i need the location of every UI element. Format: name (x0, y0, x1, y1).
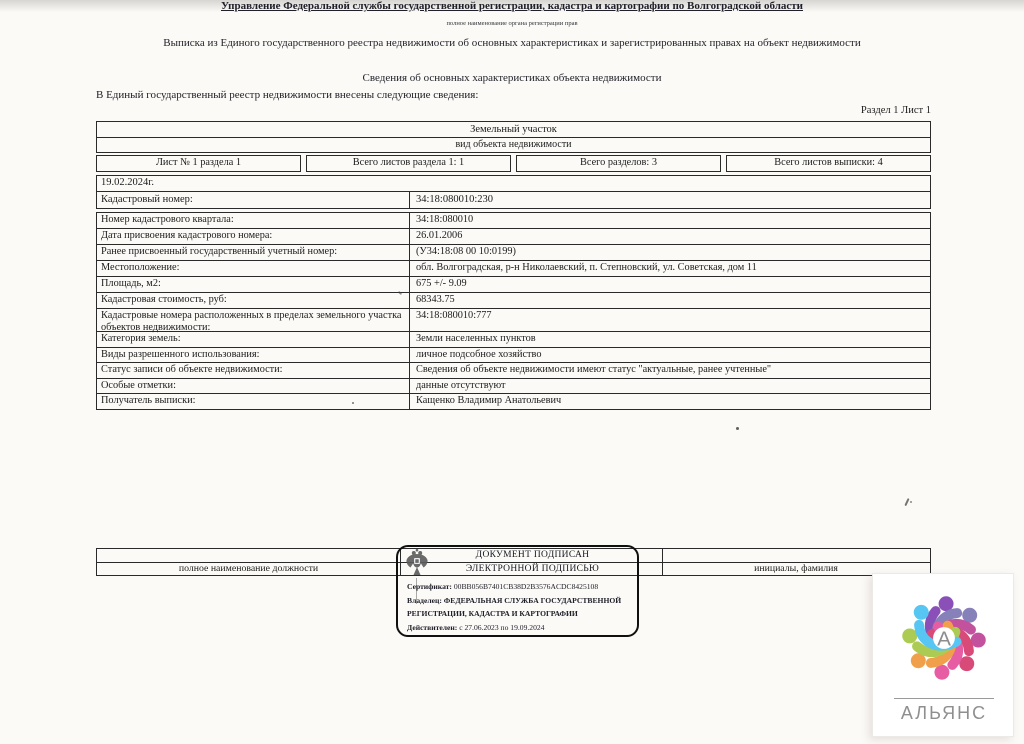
intro-text: В Единый государственный реестр недвижим… (96, 89, 478, 101)
authority-caption: полное наименование органа регистрации п… (0, 20, 1024, 27)
row-value: 34:18:080010:777 (410, 309, 930, 331)
alliance-underline (894, 698, 994, 699)
detail-row: Местоположение: обл. Волгоградская, р-н … (97, 261, 930, 277)
row-value: 26.01.2006 (410, 229, 930, 244)
alliance-center-letter: А (937, 627, 951, 650)
certificate-label: Сертификат: (407, 582, 452, 591)
scan-speck (904, 498, 909, 506)
alliance-brand-name: АЛЬЯНС (873, 703, 1015, 724)
stamp-certificate: Сертификат: 00BB056B7401CB38D2B3576ACDC8… (407, 580, 631, 594)
row-value: 675 +/- 9.09 (410, 277, 930, 292)
detail-row: Кадастровые номера расположенных в преде… (97, 309, 930, 332)
row-label: Категория земель: (97, 332, 410, 347)
row-value: обл. Волгоградская, р-н Николаевский, п.… (410, 261, 930, 276)
row-label: Дата присвоения кадастрового номера: (97, 229, 410, 244)
sheet-info-cell: Всего листов выписки: 4 (726, 155, 931, 172)
detail-row: Статус записи об объекте недвижимости: С… (97, 363, 930, 379)
detail-row: Виды разрешенного использования: личное … (97, 348, 930, 363)
scan-speck (736, 427, 739, 430)
object-kind: Земельный участок (97, 122, 930, 138)
row-label: Получатель выписки: (97, 394, 410, 409)
object-kind-caption: вид объекта недвижимости (97, 138, 930, 152)
row-label: Кадастровый номер: (97, 192, 410, 208)
detail-row: Номер кадастрового квартала: 34:18:08001… (97, 213, 930, 229)
object-kind-table: Земельный участок вид объекта недвижимос… (96, 121, 931, 153)
detail-row: Особые отметки: данные отсутствуют (97, 379, 930, 394)
section-sheet-label: Раздел 1 Лист 1 (731, 105, 931, 116)
row-label: Особые отметки: (97, 379, 410, 393)
date-cadastral-table: 19.02.2024г. Кадастровый номер: 34:18:08… (96, 175, 931, 209)
alliance-emblem-icon: А (890, 584, 998, 697)
validity-value: с 27.06.2023 по 19.09.2024 (459, 623, 544, 632)
row-value: Земли населенных пунктов (410, 332, 930, 347)
row-value: 68343.75 (410, 293, 930, 308)
stamp-owner: Владелец: ФЕДЕРАЛЬНАЯ СЛУЖБА ГОСУДАРСТВЕ… (407, 594, 631, 621)
detail-row: Категория земель: Земли населенных пункт… (97, 332, 930, 348)
row-label: Кадастровые номера расположенных в преде… (97, 309, 410, 331)
scan-speck (352, 402, 354, 404)
extract-date: 19.02.2024г. (97, 176, 930, 192)
row-value: Сведения об объекте недвижимости имеют с… (410, 363, 930, 378)
section-heading: Сведения об основных характеристиках объ… (0, 72, 1024, 84)
row-label: Виды разрешенного использования: (97, 348, 410, 362)
coat-of-arms-eagle-icon (405, 548, 429, 583)
row-value: Кащенко Владимир Анатольевич (410, 394, 930, 409)
details-table: Номер кадастрового квартала: 34:18:08001… (96, 212, 931, 410)
detail-row: Площадь, м2: 675 +/- 9.09 (97, 277, 930, 293)
stamp-line-2: ЭЛЕКТРОННОЙ ПОДПИСЬЮ (432, 564, 633, 574)
row-value: личное подсобное хозяйство (410, 348, 930, 362)
row-label: Статус записи об объекте недвижимости: (97, 363, 410, 378)
row-value: данные отсутствуют (410, 379, 930, 393)
detail-row: Ранее присвоенный государственный учетны… (97, 245, 930, 261)
row-value: 34:18:080010 (410, 213, 930, 228)
row-value: (У34:18:08 00 10:0199) (410, 245, 930, 260)
cadastral-number-row: Кадастровый номер: 34:18:080010:230 (97, 192, 930, 208)
detail-row: Дата присвоения кадастрового номера: 26.… (97, 229, 930, 245)
scan-speck (910, 501, 912, 503)
row-label: Ранее присвоенный государственный учетны… (97, 245, 410, 260)
row-label: Кадастровая стоимость, руб: (97, 293, 410, 308)
stamp-validity: Действителен: с 27.06.2023 по 19.09.2024 (407, 621, 631, 635)
detail-row: Кадастровая стоимость, руб: 68343.75 (97, 293, 930, 309)
validity-label: Действителен: (407, 623, 457, 632)
detail-row: Получатель выписки: Кащенко Владимир Ана… (97, 394, 930, 409)
document-title: Выписка из Единого государственного реес… (70, 37, 954, 49)
e-signature-stamp: ДОКУМЕНТ ПОДПИСАН ЭЛЕКТРОННОЙ ПОДПИСЬЮ С… (396, 545, 639, 637)
authority-title: Управление Федеральной службы государств… (0, 0, 1024, 12)
row-value: 34:18:080010:230 (410, 192, 930, 208)
row-label: Площадь, м2: (97, 277, 410, 292)
stamp-line-1: ДОКУМЕНТ ПОДПИСАН (432, 550, 633, 560)
row-label: Номер кадастрового квартала: (97, 213, 410, 228)
sheet-info-cell: Всего листов раздела 1: 1 (306, 155, 511, 172)
row-label: Местоположение: (97, 261, 410, 276)
alliance-watermark-card: А АЛЬЯНС (872, 573, 1014, 737)
sheet-info-row: Лист № 1 раздела 1 Всего листов раздела … (96, 155, 931, 172)
sheet-info-cell: Лист № 1 раздела 1 (96, 155, 301, 172)
owner-label: Владелец: (407, 596, 442, 605)
certificate-value: 00BB056B7401CB38D2B3576ACDC8425108 (454, 582, 598, 591)
position-caption: полное наименование должности (97, 563, 400, 576)
stamp-details: Сертификат: 00BB056B7401CB38D2B3576ACDC8… (407, 580, 631, 634)
sheet-info-cell: Всего разделов: 3 (516, 155, 721, 172)
